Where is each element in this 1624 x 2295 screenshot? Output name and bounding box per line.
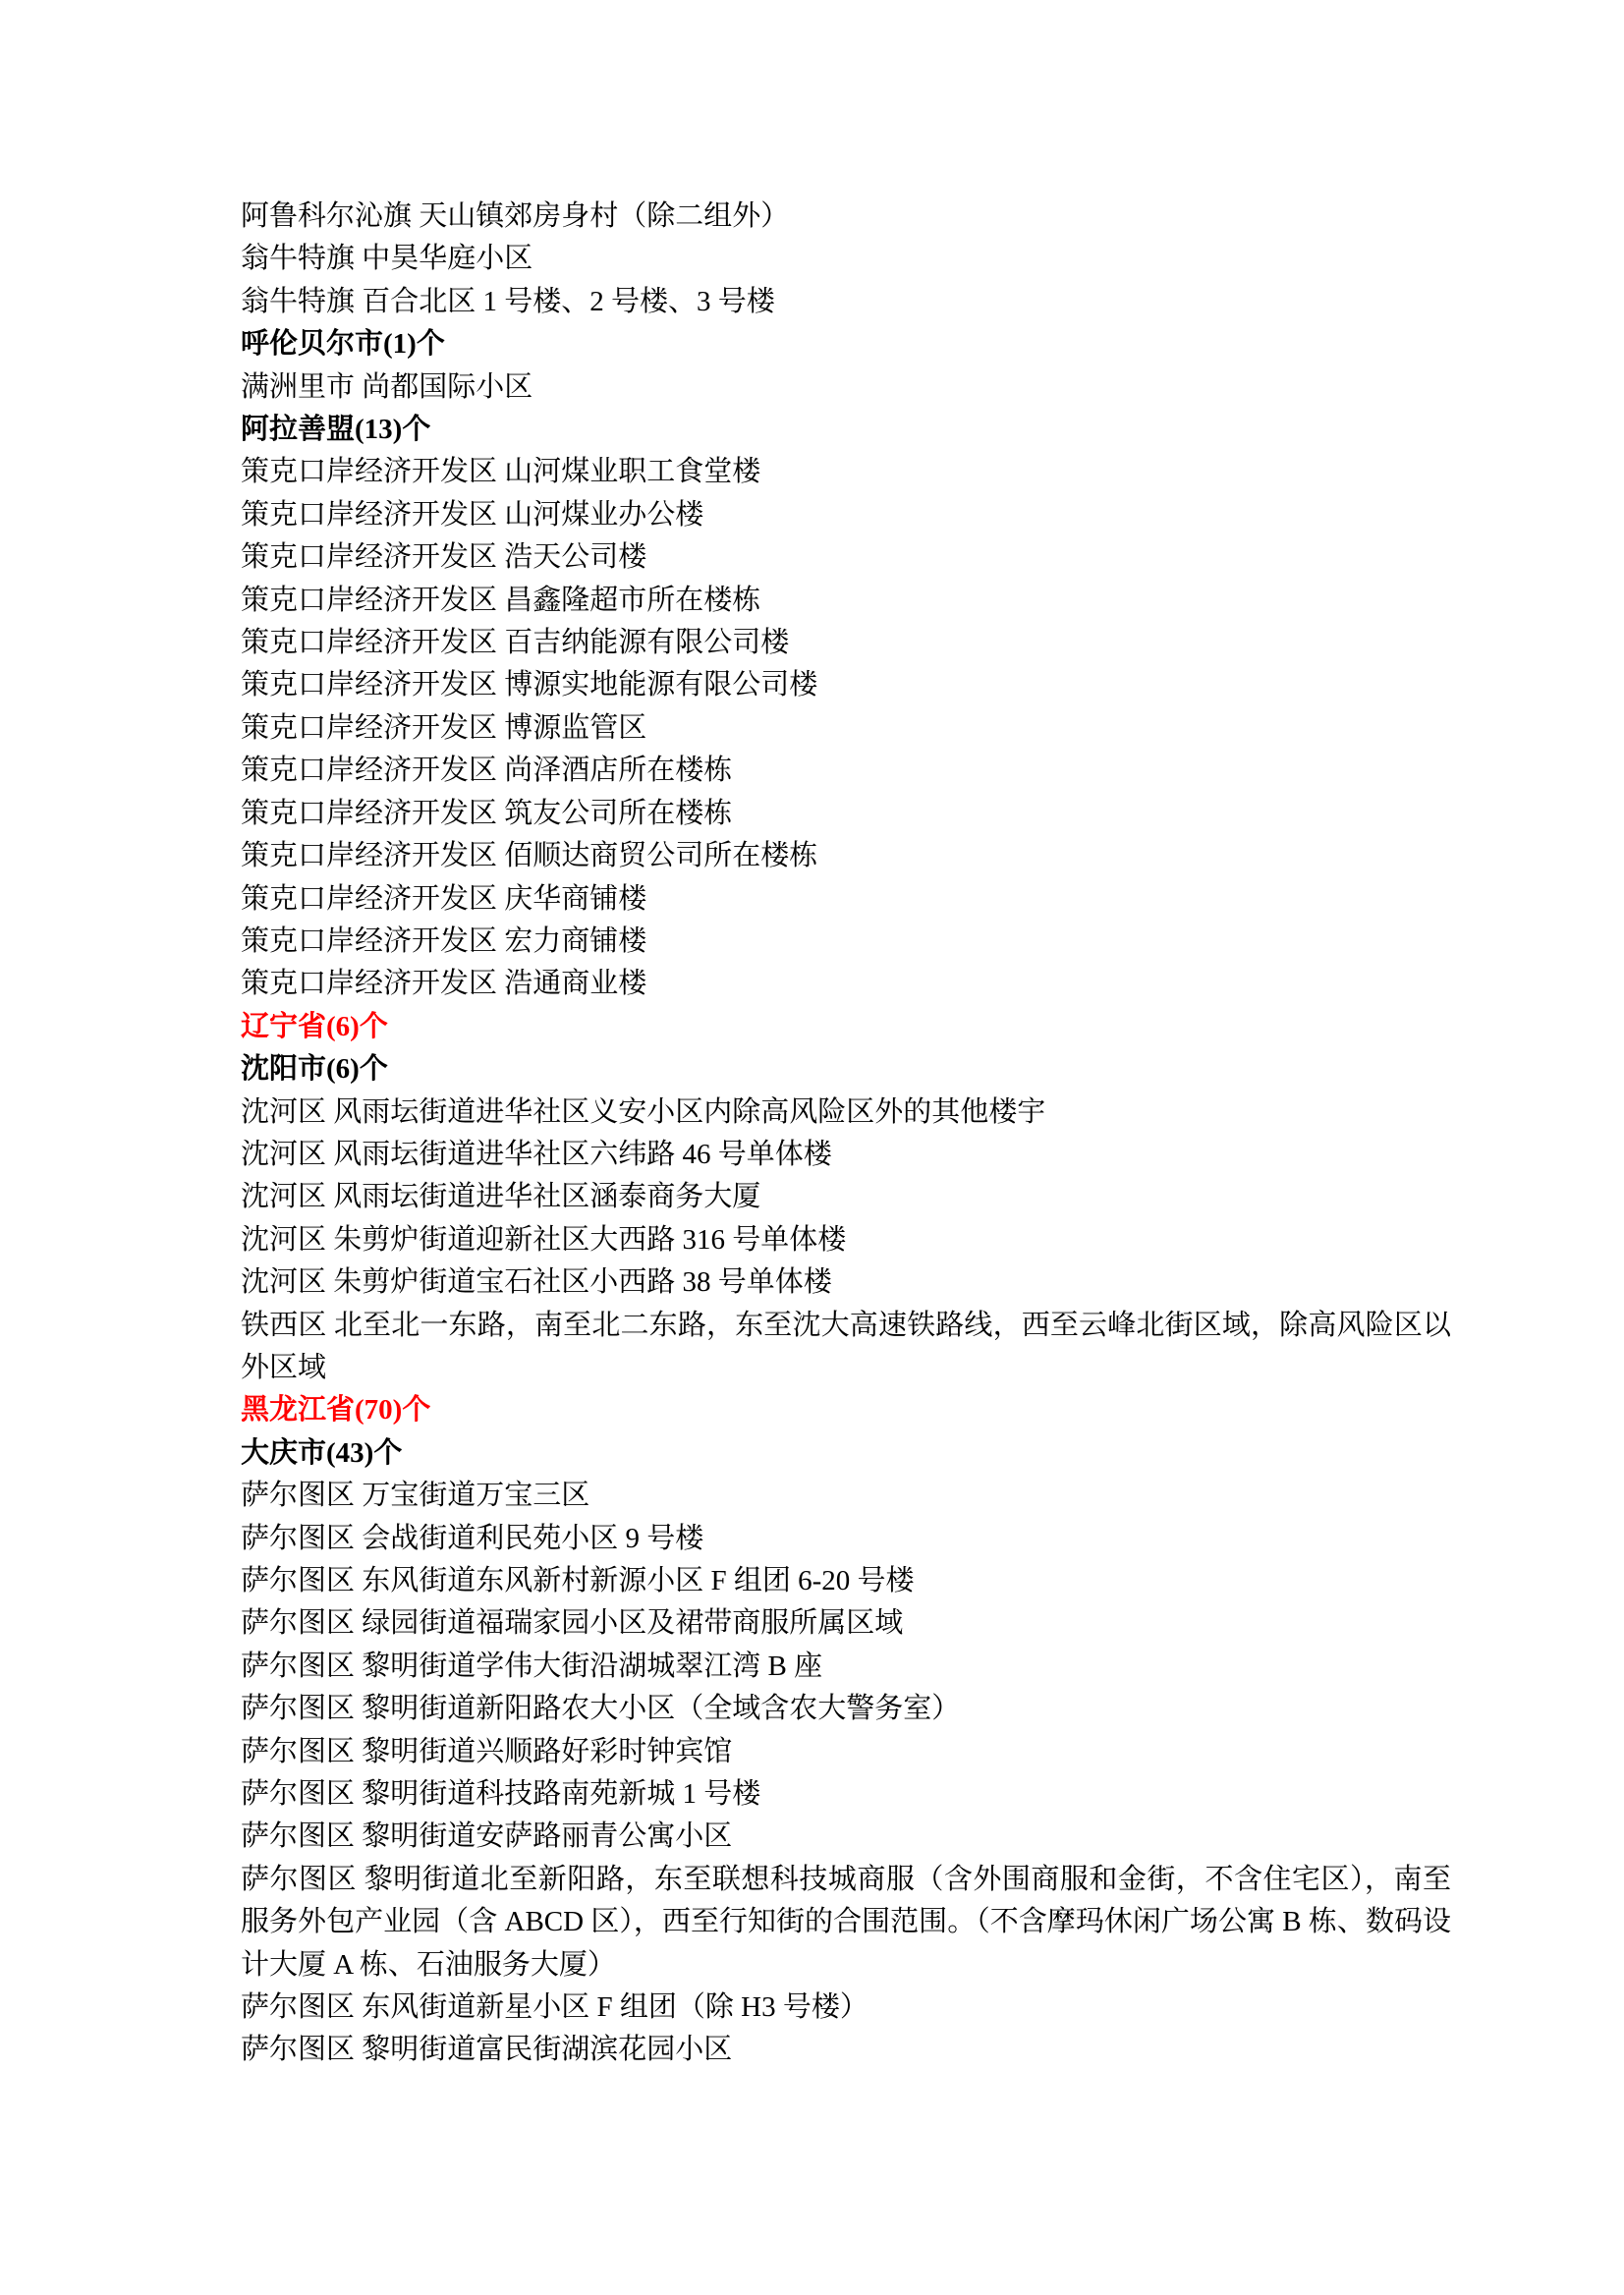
province-heading: 辽宁省(6)个 xyxy=(241,1006,1451,1048)
list-item-line: 沈河区 朱剪炉街道宝石社区小西路 38 号单体楼 xyxy=(241,1261,1451,1304)
list-item-line: 沈河区 朱剪炉街道迎新社区大西路 316 号单体楼 xyxy=(241,1219,1451,1261)
city-heading: 阿拉善盟(13)个 xyxy=(241,409,1451,451)
list-item-line: 策克口岸经济开发区 博源实地能源有限公司楼 xyxy=(241,664,1451,706)
list-item-line: 萨尔图区 会战街道利民苑小区 9 号楼 xyxy=(241,1518,1451,1560)
list-item-line: 沈河区 风雨坛街道进华社区涵泰商务大厦 xyxy=(241,1176,1451,1218)
city-heading: 沈阳市(6)个 xyxy=(241,1048,1451,1091)
list-item-line: 萨尔图区 黎明街道学伟大街沿湖城翠江湾 B 座 xyxy=(241,1646,1451,1688)
list-item-line: 萨尔图区 黎明街道北至新阳路，东至联想科技城商服（含外围商服和金街，不含住宅区）… xyxy=(241,1859,1451,1987)
list-item-line: 萨尔图区 黎明街道新阳路农大小区（全域含农大警务室） xyxy=(241,1688,1451,1730)
list-item-line: 萨尔图区 黎明街道安萨路丽青公寓小区 xyxy=(241,1816,1451,1858)
document-page: 阿鲁科尔沁旗 天山镇郊房身村（除二组外）翁牛特旗 中昊华庭小区翁牛特旗 百合北区… xyxy=(0,0,1624,2295)
list-item-line: 策克口岸经济开发区 山河煤业办公楼 xyxy=(241,494,1451,536)
list-item-line: 策克口岸经济开发区 昌鑫隆超市所在楼栋 xyxy=(241,580,1451,622)
list-item-line: 策克口岸经济开发区 庆华商铺楼 xyxy=(241,878,1451,921)
list-item-line: 沈河区 风雨坛街道进华社区义安小区内除高风险区外的其他楼宇 xyxy=(241,1092,1451,1134)
list-item-line: 策克口岸经济开发区 百吉纳能源有限公司楼 xyxy=(241,622,1451,664)
list-item-line: 策克口岸经济开发区 浩天公司楼 xyxy=(241,536,1451,579)
list-item-line: 策克口岸经济开发区 筑友公司所在楼栋 xyxy=(241,793,1451,835)
list-item-line: 策克口岸经济开发区 佰顺达商贸公司所在楼栋 xyxy=(241,835,1451,877)
list-item-line: 策克口岸经济开发区 博源监管区 xyxy=(241,707,1451,750)
list-item-line: 阿鲁科尔沁旗 天山镇郊房身村（除二组外） xyxy=(241,196,1451,238)
list-item-line: 翁牛特旗 百合北区 1 号楼、2 号楼、3 号楼 xyxy=(241,281,1451,323)
province-heading: 黑龙江省(70)个 xyxy=(241,1389,1451,1431)
list-item-line: 萨尔图区 万宝街道万宝三区 xyxy=(241,1475,1451,1517)
list-item-line: 萨尔图区 东风街道东风新村新源小区 F 组团 6-20 号楼 xyxy=(241,1560,1451,1602)
list-item-line: 策克口岸经济开发区 山河煤业职工食堂楼 xyxy=(241,451,1451,493)
list-item-line: 翁牛特旗 中昊华庭小区 xyxy=(241,238,1451,280)
list-item-line: 策克口岸经济开发区 尚泽酒店所在楼栋 xyxy=(241,750,1451,792)
list-item-line: 萨尔图区 东风街道新星小区 F 组团（除 H3 号楼） xyxy=(241,1987,1451,2029)
list-item-line: 满洲里市 尚都国际小区 xyxy=(241,366,1451,409)
list-item-line: 萨尔图区 黎明街道兴顺路好彩时钟宾馆 xyxy=(241,1731,1451,1773)
risk-area-list: 阿鲁科尔沁旗 天山镇郊房身村（除二组外）翁牛特旗 中昊华庭小区翁牛特旗 百合北区… xyxy=(241,196,1451,2072)
list-item-line: 萨尔图区 黎明街道富民街湖滨花园小区 xyxy=(241,2029,1451,2071)
list-item-line: 萨尔图区 黎明街道科技路南苑新城 1 号楼 xyxy=(241,1773,1451,1816)
list-item-line: 萨尔图区 绿园街道福瑞家园小区及裙带商服所属区域 xyxy=(241,1602,1451,1645)
list-item-line: 铁西区 北至北一东路，南至北二东路，东至沈大高速铁路线，西至云峰北街区域，除高风… xyxy=(241,1305,1451,1390)
city-heading: 呼伦贝尔市(1)个 xyxy=(241,323,1451,365)
list-item-line: 沈河区 风雨坛街道进华社区六纬路 46 号单体楼 xyxy=(241,1134,1451,1176)
list-item-line: 策克口岸经济开发区 宏力商铺楼 xyxy=(241,921,1451,963)
list-item-line: 策克口岸经济开发区 浩通商业楼 xyxy=(241,963,1451,1005)
city-heading: 大庆市(43)个 xyxy=(241,1432,1451,1475)
